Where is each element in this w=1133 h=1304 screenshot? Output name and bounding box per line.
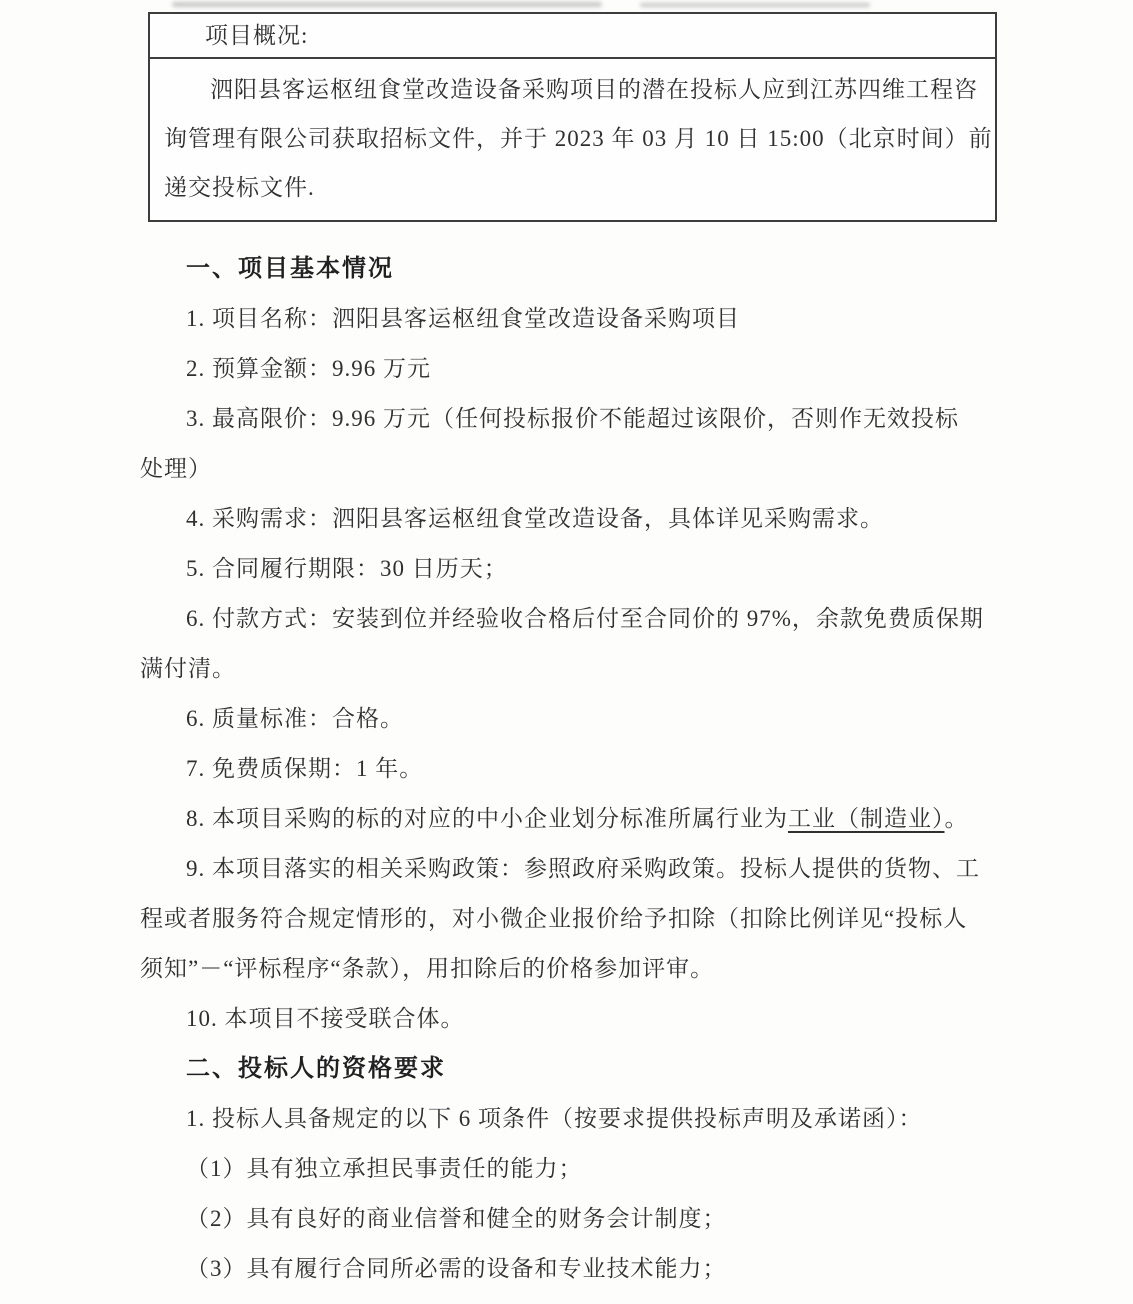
text-line: 8. 本项目采购的标的对应的中小企业划分标准所属行业为工业（制造业）。 xyxy=(140,794,997,844)
text-line: 程或者服务符合规定情形的，对小微企业报价给予扣除（扣除比例详见“投标人 xyxy=(140,894,997,944)
text-run: （1）具有独立承担民事责任的能力； xyxy=(186,1156,583,1181)
text-line: 泗阳县客运枢纽食堂改造设备采购项目的潜在投标人应到江苏四维工程咨 xyxy=(164,65,983,114)
overview-box-title: 项目概况: xyxy=(205,23,308,48)
text-line: 1. 项目名称：泗阳县客运枢纽食堂改造设备采购项目 xyxy=(140,294,997,344)
text-line: 9. 本项目落实的相关采购政策：参照政府采购政策。投标人提供的货物、工 xyxy=(140,844,997,894)
overview-box-header: 项目概况: xyxy=(150,14,995,59)
text-run: 6. 质量标准：合格。 xyxy=(186,706,404,731)
text-run: 8. 本项目采购的标的对应的中小企业划分标准所属行业为 xyxy=(186,806,788,831)
text-line: 6. 付款方式：安装到位并经验收合格后付至合同价的 97%，余款免费质保期 xyxy=(140,594,997,644)
text-line: 询管理有限公司获取招标文件，并于 2023 年 03 月 10 日 15:00（… xyxy=(164,114,983,163)
text-run: 5. 合同履行期限：30 日历天； xyxy=(186,556,508,581)
text-line: （1）具有独立承担民事责任的能力； xyxy=(140,1144,997,1194)
text-run: 。 xyxy=(945,806,969,831)
text-run: 泗阳县客运枢纽食堂改造设备采购项目的潜在投标人应到江苏四维工程咨 xyxy=(210,77,978,102)
document-page: 项目概况: 泗阳县客运枢纽食堂改造设备采购项目的潜在投标人应到江苏四维工程咨询管… xyxy=(0,0,1133,1304)
text-run: 程或者服务符合规定情形的，对小微企业报价给予扣除（扣除比例详见“投标人 xyxy=(140,906,967,931)
text-line: 1. 投标人具备规定的以下 6 项条件（按要求提供投标声明及承诺函）： xyxy=(140,1094,997,1144)
text-run: 1. 投标人具备规定的以下 6 项条件（按要求提供投标声明及承诺函）： xyxy=(186,1106,923,1131)
text-run: 9. 本项目落实的相关采购政策：参照政府采购政策。投标人提供的货物、工 xyxy=(186,856,980,881)
text-line: 4. 采购需求：泗阳县客运枢纽食堂改造设备，具体详见采购需求。 xyxy=(140,494,997,544)
text-line: 须知”－“评标程序“条款），用扣除后的价格参加评审。 xyxy=(140,944,997,994)
text-run: 10. 本项目不接受联合体。 xyxy=(186,1006,465,1031)
text-line: （2）具有良好的商业信誉和健全的财务会计制度； xyxy=(140,1194,997,1244)
text-run: 4. 采购需求：泗阳县客运枢纽食堂改造设备，具体详见采购需求。 xyxy=(186,506,884,531)
text-run: 处理） xyxy=(140,456,212,481)
section-heading: 二、投标人的资格要求 xyxy=(140,1044,997,1094)
text-line: 10. 本项目不接受联合体。 xyxy=(140,994,997,1044)
text-run: 7. 免费质保期：1 年。 xyxy=(186,756,423,781)
overview-box: 项目概况: 泗阳县客运枢纽食堂改造设备采购项目的潜在投标人应到江苏四维工程咨询管… xyxy=(148,12,997,222)
text-run: 2. 预算金额：9.96 万元 xyxy=(186,356,431,381)
text-line: 2. 预算金额：9.96 万元 xyxy=(140,344,997,394)
section-heading: 一、项目基本情况 xyxy=(140,244,997,294)
text-line: 递交投标文件. xyxy=(164,163,983,212)
text-line: 3. 最高限价：9.96 万元（任何投标报价不能超过该限价，否则作无效投标 xyxy=(140,394,997,444)
text-line: 5. 合同履行期限：30 日历天； xyxy=(140,544,997,594)
text-run: 满付清。 xyxy=(140,656,236,681)
text-run: 须知”－“评标程序“条款），用扣除后的价格参加评审。 xyxy=(140,956,714,981)
text-line: 处理） xyxy=(140,444,997,494)
scan-artifact xyxy=(172,2,602,7)
document-content: 一、项目基本情况1. 项目名称：泗阳县客运枢纽食堂改造设备采购项目2. 预算金额… xyxy=(140,244,997,1294)
text-run: 6. 付款方式：安装到位并经验收合格后付至合同价的 97%，余款免费质保期 xyxy=(186,606,984,631)
text-line: 7. 免费质保期：1 年。 xyxy=(140,744,997,794)
text-run: （2）具有良好的商业信誉和健全的财务会计制度； xyxy=(186,1206,727,1231)
underlined-text: 工业（制造业） xyxy=(788,806,945,831)
overview-box-body: 泗阳县客运枢纽食堂改造设备采购项目的潜在投标人应到江苏四维工程咨询管理有限公司获… xyxy=(150,59,995,220)
text-run: 3. 最高限价：9.96 万元（任何投标报价不能超过该限价，否则作无效投标 xyxy=(186,406,959,431)
text-run: 1. 项目名称：泗阳县客运枢纽食堂改造设备采购项目 xyxy=(186,306,740,331)
text-line: （3）具有履行合同所必需的设备和专业技术能力； xyxy=(140,1244,997,1294)
text-run: 询管理有限公司获取招标文件，并于 2023 年 03 月 10 日 15:00（… xyxy=(164,126,993,151)
text-run: （3）具有履行合同所必需的设备和专业技术能力； xyxy=(186,1256,727,1281)
text-run: 递交投标文件. xyxy=(164,175,315,200)
scan-artifact xyxy=(640,3,870,7)
text-line: 满付清。 xyxy=(140,644,997,694)
text-line: 6. 质量标准：合格。 xyxy=(140,694,997,744)
